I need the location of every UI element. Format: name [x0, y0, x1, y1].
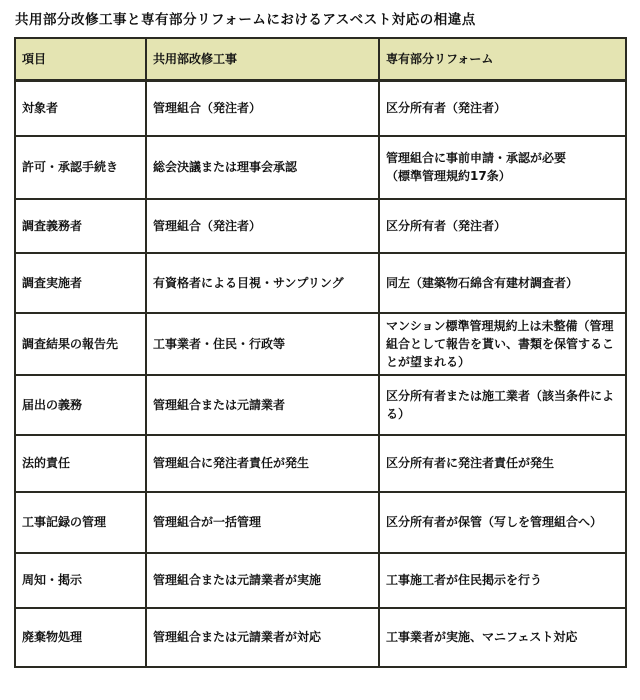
value-cell: 区分所有者（発注者） [379, 81, 626, 136]
table-row: 調査結果の報告先工事業者・住民・行政等マンション標準管理規約上は未整備（管理組合… [15, 313, 626, 375]
table-row: 調査実施者有資格者による目視・サンプリング同左（建築物石綿含有建材調査者） [15, 253, 626, 313]
column-header-2: 専有部分リフォーム [379, 38, 626, 81]
table-row: 許可・承認手続き総会決議または理事会承認管理組合に事前申請・承認が必要 （標準管… [15, 136, 626, 199]
table-header-row: 項目共用部改修工事専有部分リフォーム [15, 38, 626, 81]
row-label-cell: 周知・掲示 [15, 553, 146, 608]
table-row: 届出の義務管理組合または元請業者区分所有者または施工業者（該当条件による） [15, 375, 626, 435]
value-cell: 管理組合または元請業者が対応 [146, 608, 379, 667]
row-label-cell: 調査結果の報告先 [15, 313, 146, 375]
value-cell: 工事施工者が住民掲示を行う [379, 553, 626, 608]
table-row: 調査義務者管理組合（発注者）区分所有者（発注者） [15, 199, 626, 253]
value-cell: 区分所有者が保管（写しを管理組合へ） [379, 492, 626, 553]
value-cell: 管理組合に発注者責任が発生 [146, 435, 379, 492]
value-cell: 区分所有者に発注者責任が発生 [379, 435, 626, 492]
column-header-1: 共用部改修工事 [146, 38, 379, 81]
value-cell: 管理組合または元請業者 [146, 375, 379, 435]
table-row: 対象者管理組合（発注者）区分所有者（発注者） [15, 81, 626, 136]
table-row: 周知・掲示管理組合または元請業者が実施工事施工者が住民掲示を行う [15, 553, 626, 608]
value-cell: 総会決議または理事会承認 [146, 136, 379, 199]
comparison-table: 項目共用部改修工事専有部分リフォーム 対象者管理組合（発注者）区分所有者（発注者… [14, 37, 627, 668]
table-row: 工事記録の管理管理組合が一括管理区分所有者が保管（写しを管理組合へ） [15, 492, 626, 553]
row-label-cell: 対象者 [15, 81, 146, 136]
table-row: 廃棄物処理管理組合または元請業者が対応工事業者が実施、マニフェスト対応 [15, 608, 626, 667]
row-label-cell: 調査義務者 [15, 199, 146, 253]
value-cell: 工事業者・住民・行政等 [146, 313, 379, 375]
column-header-0: 項目 [15, 38, 146, 81]
row-label-cell: 届出の義務 [15, 375, 146, 435]
page-title: 共用部分改修工事と専有部分リフォームにおけるアスベスト対応の相違点 [15, 8, 626, 28]
value-cell: 区分所有者または施工業者（該当条件による） [379, 375, 626, 435]
value-cell: 区分所有者（発注者） [379, 199, 626, 253]
row-label-cell: 調査実施者 [15, 253, 146, 313]
value-cell: 同左（建築物石綿含有建材調査者） [379, 253, 626, 313]
value-cell: 管理組合（発注者） [146, 81, 379, 136]
value-cell: 管理組合が一括管理 [146, 492, 379, 553]
value-cell: 有資格者による目視・サンプリング [146, 253, 379, 313]
table-header: 項目共用部改修工事専有部分リフォーム [15, 38, 626, 81]
page: 共用部分改修工事と専有部分リフォームにおけるアスベスト対応の相違点 項目共用部改… [0, 0, 640, 700]
value-cell: マンション標準管理規約上は未整備（管理組合として報告を貰い、書類を保管することが… [379, 313, 626, 375]
value-cell: 工事業者が実施、マニフェスト対応 [379, 608, 626, 667]
table-row: 法的責任管理組合に発注者責任が発生区分所有者に発注者責任が発生 [15, 435, 626, 492]
row-label-cell: 工事記録の管理 [15, 492, 146, 553]
row-label-cell: 許可・承認手続き [15, 136, 146, 199]
value-cell: 管理組合（発注者） [146, 199, 379, 253]
row-label-cell: 法的責任 [15, 435, 146, 492]
value-cell: 管理組合または元請業者が実施 [146, 553, 379, 608]
value-cell: 管理組合に事前申請・承認が必要 （標準管理規約17条） [379, 136, 626, 199]
table-body: 対象者管理組合（発注者）区分所有者（発注者）許可・承認手続き総会決議または理事会… [15, 81, 626, 667]
row-label-cell: 廃棄物処理 [15, 608, 146, 667]
